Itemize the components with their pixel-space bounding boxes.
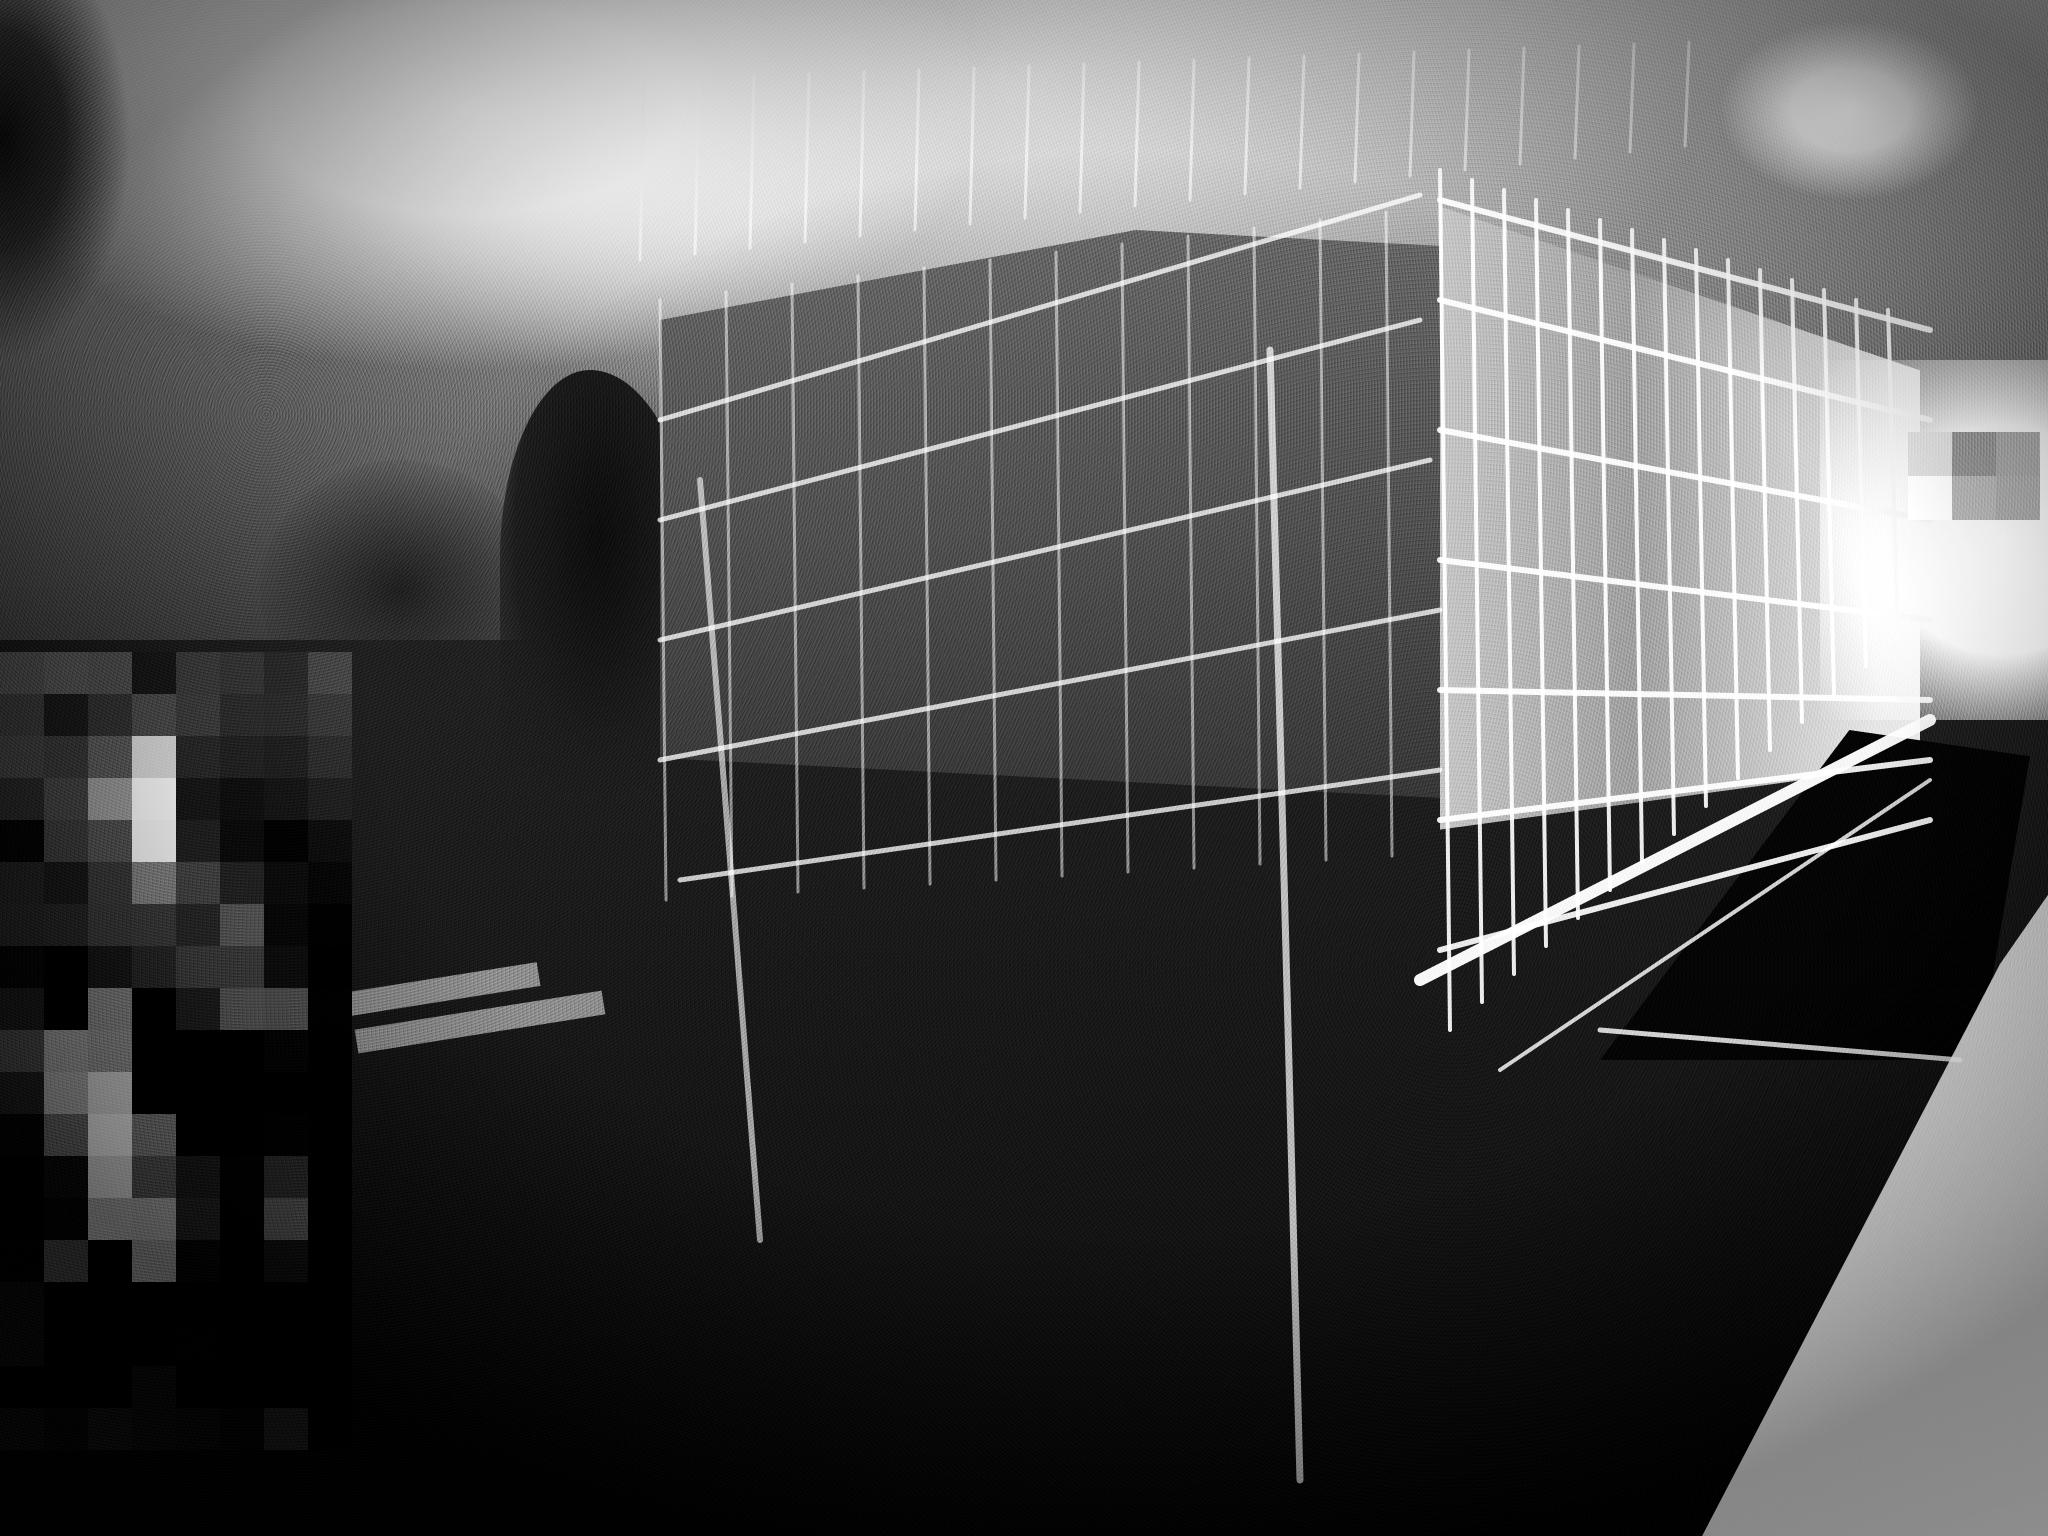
- pixel-cell: [176, 1408, 220, 1450]
- pixel-cell: [0, 1240, 44, 1282]
- pixel-cell: [308, 820, 352, 862]
- pixel-cell: [44, 1366, 88, 1408]
- pixel-cell: [308, 652, 352, 694]
- pixel-cell: [132, 1072, 176, 1114]
- pixel-cell: [88, 1324, 132, 1366]
- pixel-cell: [308, 1408, 352, 1450]
- pixel-cell: [220, 904, 264, 946]
- pixel-cell: [308, 1114, 352, 1156]
- pixel-cell: [88, 1156, 132, 1198]
- pixel-cell: [44, 946, 88, 988]
- pixel-cell: [1996, 432, 2040, 476]
- pixel-cell: [264, 652, 308, 694]
- pixel-cell: [88, 1072, 132, 1114]
- pixel-cell: [220, 1114, 264, 1156]
- pixel-cell: [88, 904, 132, 946]
- pixel-cell: [264, 1240, 308, 1282]
- pixel-cell: [44, 988, 88, 1030]
- pixel-cell: [176, 904, 220, 946]
- pixel-cell: [1908, 476, 1952, 520]
- pixel-cell: [132, 946, 176, 988]
- pixel-cell: [220, 1072, 264, 1114]
- pixel-cell: [176, 1156, 220, 1198]
- pixel-cell: [0, 1156, 44, 1198]
- pixel-cell: [0, 1282, 44, 1324]
- pixel-cell: [44, 1324, 88, 1366]
- pixel-cell: [176, 1114, 220, 1156]
- pixel-cell: [44, 862, 88, 904]
- pixel-cell: [88, 778, 132, 820]
- pixel-cell: [308, 694, 352, 736]
- pixel-cell: [88, 1198, 132, 1240]
- pixel-cell: [0, 820, 44, 862]
- pixel-cell: [308, 988, 352, 1030]
- pixel-cell: [88, 862, 132, 904]
- pixel-cell: [308, 1156, 352, 1198]
- pixel-cell: [0, 1198, 44, 1240]
- pixel-cell: [264, 1072, 308, 1114]
- pixel-cell: [44, 1114, 88, 1156]
- pixel-cell: [1996, 476, 2040, 520]
- pixel-cell: [220, 778, 264, 820]
- pixel-cell: [220, 862, 264, 904]
- pixel-cell: [176, 1366, 220, 1408]
- pixel-cell: [0, 988, 44, 1030]
- pixel-cell: [88, 1366, 132, 1408]
- pixel-cell: [1952, 476, 1996, 520]
- pixel-cell: [176, 1072, 220, 1114]
- pixel-cell: [264, 1198, 308, 1240]
- pixelated-region-left: [0, 652, 352, 1450]
- pixel-cell: [132, 1240, 176, 1282]
- photograph: [0, 0, 2048, 1536]
- pixel-cell: [264, 862, 308, 904]
- pixel-cell: [264, 778, 308, 820]
- pixel-cell: [0, 946, 44, 988]
- pixel-cell: [176, 1030, 220, 1072]
- pixel-cell: [264, 1366, 308, 1408]
- pixel-cell: [176, 862, 220, 904]
- pixel-cell: [44, 736, 88, 778]
- pixel-cell: [176, 988, 220, 1030]
- pixel-cell: [308, 904, 352, 946]
- pixel-cell: [0, 1030, 44, 1072]
- pixel-cell: [44, 1198, 88, 1240]
- pixel-cell: [308, 1030, 352, 1072]
- pixel-cell: [176, 652, 220, 694]
- pixel-cell: [264, 694, 308, 736]
- pixel-cell: [1952, 432, 1996, 476]
- pixel-cell: [0, 1072, 44, 1114]
- pixel-cell: [220, 652, 264, 694]
- pixel-cell: [132, 778, 176, 820]
- pixel-cell: [132, 820, 176, 862]
- pixel-cell: [220, 694, 264, 736]
- pixel-cell: [220, 1408, 264, 1450]
- pixel-cell: [220, 1198, 264, 1240]
- pixel-cell: [176, 694, 220, 736]
- pixel-cell: [308, 778, 352, 820]
- pixel-cell: [44, 1240, 88, 1282]
- pixel-cell: [44, 694, 88, 736]
- pixel-cell: [308, 862, 352, 904]
- pixel-cell: [0, 694, 44, 736]
- pixel-cell: [264, 820, 308, 862]
- pixel-cell: [44, 1408, 88, 1450]
- pixel-cell: [176, 736, 220, 778]
- pixel-cell: [88, 694, 132, 736]
- pixel-cell: [44, 652, 88, 694]
- pixel-cell: [132, 988, 176, 1030]
- pixel-cell: [132, 1156, 176, 1198]
- pixel-cell: [44, 778, 88, 820]
- pixel-cell: [308, 1366, 352, 1408]
- pixel-cell: [0, 1408, 44, 1450]
- pixel-cell: [88, 946, 132, 988]
- pixel-cell: [264, 1408, 308, 1450]
- pixel-cell: [132, 1030, 176, 1072]
- pixel-cell: [88, 1030, 132, 1072]
- pixel-cell: [44, 904, 88, 946]
- pixel-cell: [132, 652, 176, 694]
- pixel-cell: [308, 1240, 352, 1282]
- pixel-cell: [132, 862, 176, 904]
- pixel-cell: [1908, 432, 1952, 476]
- pixel-cell: [220, 988, 264, 1030]
- pixel-cell: [220, 1156, 264, 1198]
- pixel-cell: [264, 1324, 308, 1366]
- pixel-cell: [44, 1282, 88, 1324]
- pixelated-region-right: [1908, 432, 2040, 520]
- pixel-cell: [88, 736, 132, 778]
- pixel-cell: [0, 904, 44, 946]
- pixel-cell: [308, 736, 352, 778]
- pixel-cell: [132, 1114, 176, 1156]
- pixel-cell: [176, 1198, 220, 1240]
- pixel-cell: [44, 1156, 88, 1198]
- pixel-cell: [132, 1408, 176, 1450]
- pixel-cell: [176, 946, 220, 988]
- pixel-cell: [264, 1030, 308, 1072]
- pixel-cell: [88, 988, 132, 1030]
- pixel-cell: [308, 1324, 352, 1366]
- pixel-cell: [132, 694, 176, 736]
- pixel-cell: [220, 736, 264, 778]
- pixel-cell: [220, 1240, 264, 1282]
- pixel-cell: [176, 1324, 220, 1366]
- pixel-cell: [88, 1114, 132, 1156]
- pixel-cell: [44, 1072, 88, 1114]
- pixel-cell: [176, 1282, 220, 1324]
- pixel-cell: [308, 946, 352, 988]
- pixel-cell: [88, 820, 132, 862]
- pixel-cell: [132, 904, 176, 946]
- pixel-cell: [132, 1324, 176, 1366]
- pixel-cell: [264, 1156, 308, 1198]
- pixel-cell: [264, 736, 308, 778]
- pixel-cell: [88, 652, 132, 694]
- pixel-cell: [44, 1030, 88, 1072]
- pixel-cell: [132, 1282, 176, 1324]
- pixel-cell: [132, 1198, 176, 1240]
- pixel-cell: [176, 820, 220, 862]
- pixel-cell: [0, 1366, 44, 1408]
- pixel-cell: [0, 652, 44, 694]
- pixel-cell: [0, 736, 44, 778]
- pixel-cell: [264, 904, 308, 946]
- pixel-cell: [0, 1114, 44, 1156]
- pixel-cell: [0, 862, 44, 904]
- pixel-cell: [176, 1240, 220, 1282]
- pixel-cell: [220, 946, 264, 988]
- pixel-cell: [0, 778, 44, 820]
- pixel-cell: [44, 820, 88, 862]
- pixel-cell: [220, 1030, 264, 1072]
- pixel-cell: [220, 1282, 264, 1324]
- pixel-cell: [0, 1324, 44, 1366]
- pixel-cell: [132, 736, 176, 778]
- pixel-cell: [264, 988, 308, 1030]
- pixel-cell: [220, 1324, 264, 1366]
- pixel-cell: [220, 1366, 264, 1408]
- pixel-cell: [308, 1198, 352, 1240]
- pixel-cell: [176, 778, 220, 820]
- pixel-cell: [132, 1366, 176, 1408]
- pixel-cell: [88, 1240, 132, 1282]
- pixel-cell: [88, 1408, 132, 1450]
- pixel-cell: [308, 1072, 352, 1114]
- pixel-cell: [88, 1282, 132, 1324]
- pixel-cell: [264, 946, 308, 988]
- pixel-cell: [308, 1282, 352, 1324]
- pixel-cell: [220, 820, 264, 862]
- pixel-cell: [264, 1114, 308, 1156]
- pixel-cell: [264, 1282, 308, 1324]
